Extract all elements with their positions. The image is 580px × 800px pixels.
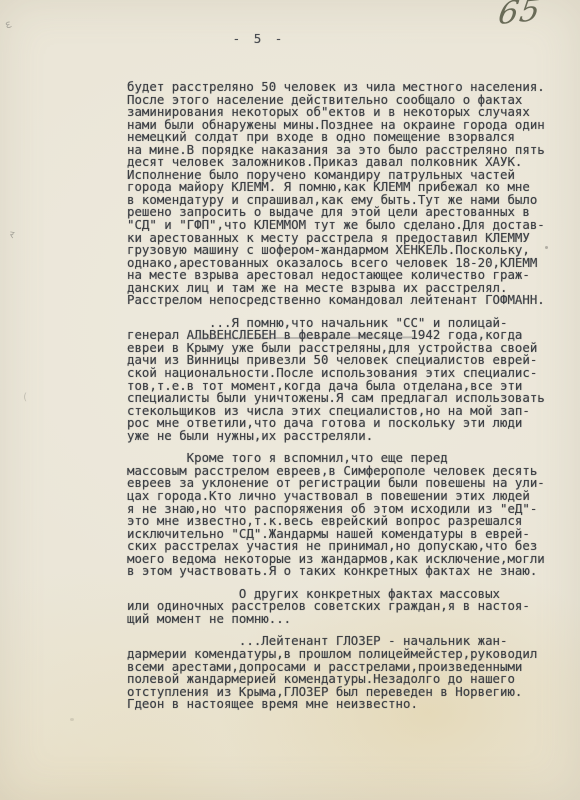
text-line: уже не были нужны,их расстреляли. <box>127 430 575 443</box>
document-page: 65 - 5 - будет расстреляно 50 человек из… <box>0 0 580 800</box>
paper-speck: ( <box>22 392 28 403</box>
handwritten-page-number: 65 <box>496 0 543 32</box>
paper-speck: र <box>9 227 15 241</box>
paper-speck <box>545 246 548 249</box>
text-line: щий момент не помню... <box>127 613 575 626</box>
paragraph: ...Я помню,что начальник "СС" и полицай-… <box>127 317 575 442</box>
document-text: будет расстреляно 50 человек из чила мес… <box>127 81 575 721</box>
text-line: Гдеон в настоящее время мне неизвестно. <box>127 698 575 711</box>
paper-speck: ε <box>3 17 14 31</box>
text-line: Расстрелом непосредственно командовал ле… <box>127 294 575 307</box>
paragraph: будет расстреляно 50 человек из чила мес… <box>127 81 575 307</box>
paper-speck <box>70 718 74 721</box>
text-line: в этом участвовать.Я о таких конкретных … <box>127 565 575 578</box>
paragraph: О других конкретных фактах массовыхили о… <box>127 588 575 626</box>
page-number: - 5 - <box>129 31 389 46</box>
paragraph: ...Лейтенант ГЛОЗЕР - начальник жан-дарм… <box>127 635 575 710</box>
paragraph: Кроме того я вспомнил,что еще передмассо… <box>127 452 575 577</box>
